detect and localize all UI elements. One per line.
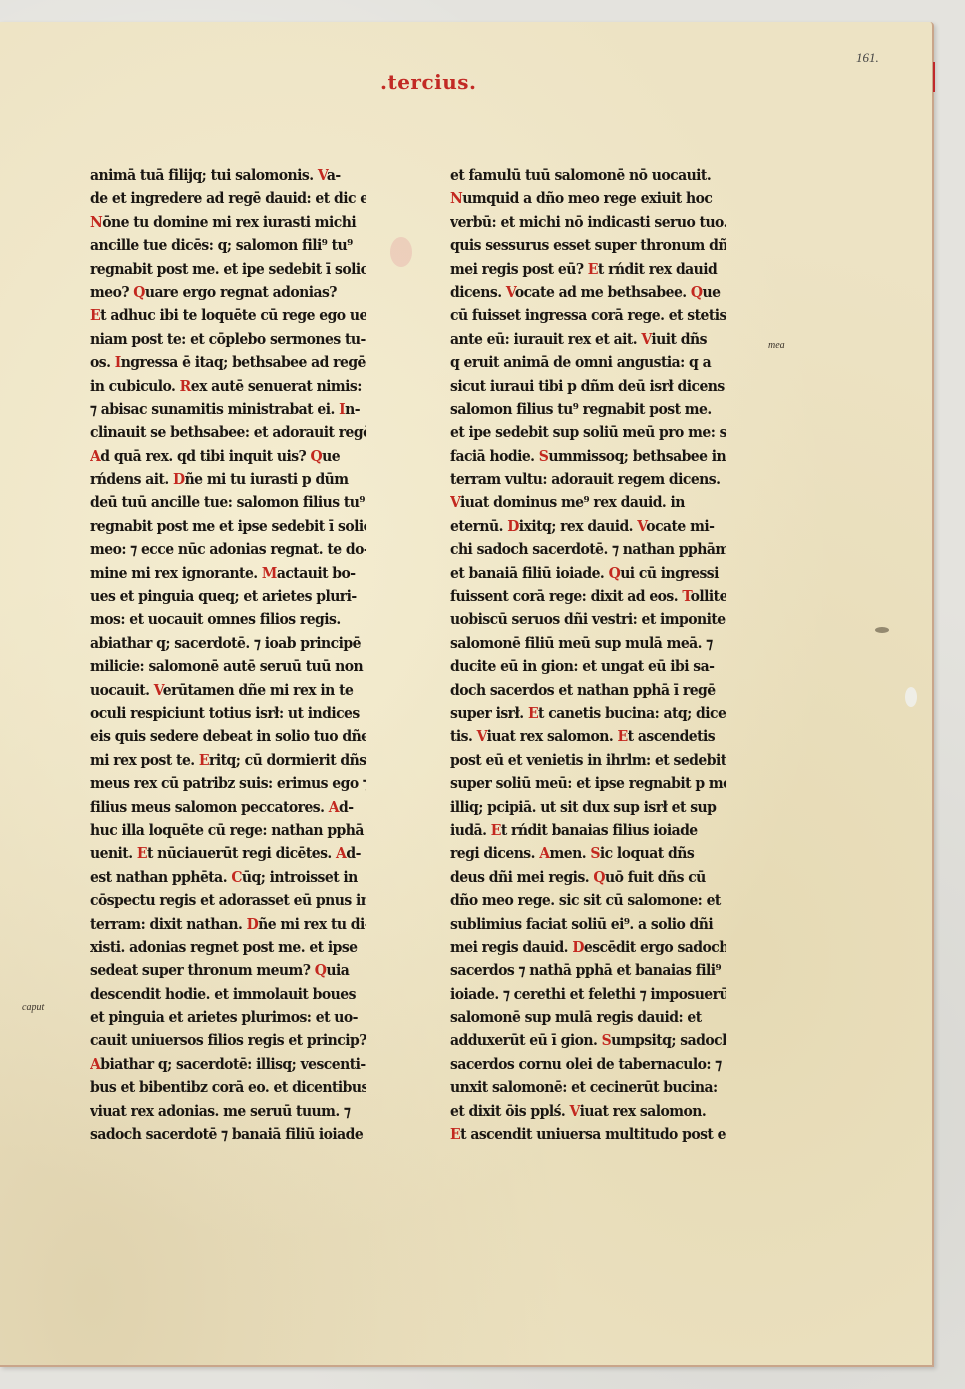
text-segment: t adhuc ibi te loquēte cū rege ego ue- (100, 306, 366, 324)
text-segment: xisti. adonias regnet post me. et ipse (90, 938, 358, 956)
text-segment: et famulū tuū salomonē nō uocauit. (450, 166, 711, 184)
text-line: animā tuā filijq; tui salomonis. Va- (90, 164, 366, 187)
running-head: .tercius. (380, 70, 477, 94)
text-line: salomonē sup mulā regis dauid: et (450, 1006, 726, 1029)
text-segment: mi rex post te. (90, 751, 199, 769)
text-segment: mine mi rex ignorante. (90, 564, 262, 582)
text-segment: uare ergo regnat adonias? (145, 283, 337, 301)
text-segment: milicie: salomonē autē seruū tuū non (90, 657, 363, 675)
text-segment: oculi respiciunt totius isrł: ut indices (90, 704, 360, 722)
text-line: xisti. adonias regnet post me. et ipse (90, 936, 366, 959)
rubricated-initial: M (262, 564, 277, 582)
text-segment: d quā rex. qd tibi inquit uis? (100, 447, 310, 465)
text-line: meus rex cū patribz suis: erimus ego ⁊ (90, 772, 366, 795)
text-line: mi rex post te. Eritq; cū dormierit dñs (90, 749, 366, 772)
text-segment: verbū: et michi nō indicasti seruo tuo. (450, 213, 726, 231)
text-segment: faciā hodie. (450, 447, 539, 465)
page-tear (905, 687, 917, 707)
text-line: milicie: salomonē autē seruū tuū non (90, 655, 366, 678)
text-segment: meo? (90, 283, 133, 301)
text-line: cū fuisset ingressa corā rege. et stetis… (450, 304, 726, 327)
text-line: terram vultu: adorauit regem dicens. (450, 468, 726, 491)
text-segment: meo: ⁊ ecce nūc adonias regnat. te do- (90, 540, 366, 558)
text-segment: t rńdit banaias filius ioiade (501, 821, 698, 839)
text-segment: dicens. (450, 283, 506, 301)
rubricated-initial: V (641, 330, 651, 348)
text-segment: men. (550, 844, 591, 862)
text-column-left: animā tuā filijq; tui salomonis. Va-de e… (90, 164, 390, 1146)
text-segment: ummissoq; bethsabee in (548, 447, 726, 465)
rubricated-initial: N (450, 189, 462, 207)
text-segment: niam post te: et cōplebo sermones tu- (90, 330, 366, 348)
text-line: et ipe sedebit sup soliū meū pro me: sic (450, 421, 726, 444)
text-segment: est nathan pphēta. (90, 868, 231, 886)
text-line: unxit salomonē: et cecinerūt bucina: (450, 1076, 726, 1099)
text-line: Et adhuc ibi te loquēte cū rege ego ue- (90, 304, 366, 327)
text-segment: d- (346, 844, 360, 862)
marginal-note-left: caput (22, 1002, 44, 1013)
text-segment: salomonē filiū meū sup mulā meā. ⁊ (450, 634, 713, 652)
rubric-stain (390, 237, 412, 267)
text-line: mos: et uocauit omnes filios regis. (90, 608, 366, 631)
text-line: sadoch sacerdotē ⁊ banaiā filiū ioiade (90, 1123, 366, 1146)
text-line: uobiscū seruos dñi vestri: et imponite (450, 608, 726, 631)
text-segment: sicut iuraui tibi p dñm deū isrł dicens (450, 377, 725, 395)
text-segment: chi sadoch sacerdotē. ⁊ nathan pphām: (450, 540, 726, 558)
text-segment: mei regis dauid. (450, 938, 572, 956)
text-line: niam post te: et cōplebo sermones tu- (90, 328, 366, 351)
text-segment: mos: et uocauit omnes filios regis. (90, 610, 341, 628)
text-segment: ancille tue dicēs: q; salomon fili⁹ tu⁹ (90, 236, 353, 254)
text-segment: regnabit post me. et ipe sedebit ī solio (90, 260, 366, 278)
text-segment: sublimius faciat soliū ei⁹. a solio dñi (450, 915, 713, 933)
rubricated-initial: T (682, 587, 690, 605)
rubricated-initial: Q (593, 868, 605, 886)
text-segment: terram vultu: adorauit regem dicens. (450, 470, 720, 488)
text-segment: umpsitq; sadoch (611, 1031, 726, 1049)
ink-blot (875, 627, 889, 633)
rubricated-initial: Q (315, 961, 327, 979)
rubricated-initial: D (173, 470, 185, 488)
text-line: et dixit ōis pplś. Viuat rex salomon. (450, 1100, 726, 1123)
text-segment: unxit salomonē: et cecinerūt bucina: (450, 1078, 718, 1096)
text-segment: t ascendit uniuersa multitudo post eū (460, 1125, 726, 1143)
text-segment: ic loquat dñs (600, 844, 694, 862)
text-line: meo: ⁊ ecce nūc adonias regnat. te do- (90, 538, 366, 561)
text-line: in cubiculo. Rex autē senuerat nimis: (90, 375, 366, 398)
text-segment: iuat rex salomon. (580, 1102, 707, 1120)
rubricated-initial: D (507, 517, 519, 535)
text-segment: ioiade. ⁊ cerethi et felethi ⁊ imposuerū… (450, 985, 726, 1003)
text-segment: umquid a dño meo rege exiuit hoc (462, 189, 712, 207)
text-line: cōspectu regis et adorasset eū pnus in (90, 889, 366, 912)
text-line: regnabit post me et ipse sedebit ī solio (90, 515, 366, 538)
text-line: post eū et venietis in ihrlm: et sedebit (450, 749, 726, 772)
rubricated-initial: R (180, 377, 191, 395)
rubricated-initial: V (570, 1102, 580, 1120)
text-line: et banaiā filiū ioiade. Qui cū ingressi (450, 562, 726, 585)
text-line: Ad quā rex. qd tibi inquit uis? Que (90, 445, 366, 468)
text-segment: et pinguia et arietes plurimos: et uo- (90, 1008, 358, 1026)
text-line: eternū. Dixitq; rex dauid. Vocate mi- (450, 515, 726, 538)
text-segment: os. (90, 353, 115, 371)
rubricated-initial: N (90, 213, 102, 231)
text-segment: illiq; pcipiā. ut sit dux sup isrł et su… (450, 798, 716, 816)
rubricated-initial: E (618, 727, 628, 745)
text-segment: n- (345, 400, 360, 418)
text-line: salomon filius tu⁹ regnabit post me. (450, 398, 726, 421)
text-line: bus et bibentibz corā eo. et dicentibus (90, 1076, 366, 1099)
text-line: Viuat dominus me⁹ rex dauid. in (450, 491, 726, 514)
text-line: Nōne tu domine mi rex iurasti michi (90, 211, 366, 234)
text-segment: eternū. (450, 517, 507, 535)
text-line: q eruit animā de omni angustia: q a (450, 351, 726, 374)
rubricated-initial: S (539, 447, 549, 465)
text-line: dño meo rege. sic sit cū salomone: et (450, 889, 726, 912)
text-line: sicut iuraui tibi p dñm deū isrł dicens (450, 375, 726, 398)
rubricated-initial: V (477, 727, 487, 745)
text-segment: cōspectu regis et adorasset eū pnus in (90, 891, 366, 909)
text-line: salomonē filiū meū sup mulā meā. ⁊ (450, 632, 726, 655)
text-segment: biathar q; sacerdotē: illisq; vescenti- (100, 1055, 365, 1073)
text-segment: actauit bo- (277, 564, 356, 582)
text-segment: ex autē senuerat nimis: (191, 377, 362, 395)
page-edge-red-mark (933, 62, 935, 92)
text-line: clinauit se bethsabee: et adorauit regē. (90, 421, 366, 444)
text-segment: ixitq; rex dauid. (519, 517, 637, 535)
text-line: faciā hodie. Summissoq; bethsabee in (450, 445, 726, 468)
text-segment: tis. (450, 727, 477, 745)
rubricated-initial: V (154, 681, 163, 699)
text-line: quis sessurus esset super thronum dñi (450, 234, 726, 257)
text-line: deus dñi mei regis. Quō fuit dñs cū (450, 866, 726, 889)
text-segment: mei regis post eū? (450, 260, 588, 278)
text-segment: sacerdos ⁊ nathā pphā et banaias fili⁹ (450, 961, 721, 979)
rubricated-initial: D (572, 938, 584, 956)
text-segment: super soliū meū: et ipse regnabit p me: (450, 774, 726, 792)
text-segment: eis quis sedere debeat in solio tuo dñe (90, 727, 366, 745)
text-segment: a- (327, 166, 341, 184)
text-segment: ñe mi rex tu di- (258, 915, 366, 933)
rubricated-initial: E (491, 821, 501, 839)
text-segment: uia (326, 961, 349, 979)
text-segment: ōne tu domine mi rex iurasti michi (102, 213, 356, 231)
text-line: iudā. Et rńdit banaias filius ioiade (450, 819, 726, 842)
rubricated-initial: E (90, 306, 100, 324)
text-segment: quis sessurus esset super thronum dñi (450, 236, 726, 254)
rubricated-initial: E (199, 751, 209, 769)
text-line: sedeat super thronum meum? Quia (90, 959, 366, 982)
text-line: sacerdos cornu olei de tabernaculo: ⁊ (450, 1053, 726, 1076)
text-segment: doch sacerdos et nathan pphā ī regē (450, 681, 716, 699)
text-segment: ocate ad me bethsabee. (515, 283, 691, 301)
text-line: sublimius faciat soliū ei⁹. a solio dñi (450, 913, 726, 936)
text-segment: super isrł. (450, 704, 528, 722)
rubricated-initial: A (329, 798, 339, 816)
text-segment: descendit hodie. et immolauit boues (90, 985, 356, 1003)
text-segment: escēdit ergo sadoch (584, 938, 726, 956)
text-line: meo? Quare ergo regnat adonias? (90, 281, 366, 304)
manuscript-page: .tercius. 161. mea caput animā tuā filij… (0, 22, 934, 1367)
text-segment: salomon filius tu⁹ regnabit post me. (450, 400, 712, 418)
text-line: et famulū tuū salomonē nō uocauit. (450, 164, 726, 187)
text-line: Abiathar q; sacerdotē: illisq; vescenti- (90, 1053, 366, 1076)
text-segment: fuissent corā rege: dixit ad eos. (450, 587, 682, 605)
text-segment: ui cū ingressi (620, 564, 719, 582)
text-line: tis. Viuat rex salomon. Et ascendetis (450, 725, 726, 748)
text-segment: deus dñi mei regis. (450, 868, 593, 886)
rubricated-initial: V (637, 517, 646, 535)
text-line: mei regis dauid. Descēdit ergo sadoch (450, 936, 726, 959)
text-segment: iuit dñs (651, 330, 706, 348)
text-line: illiq; pcipiā. ut sit dux sup isrł et su… (450, 796, 726, 819)
text-segment: iuat rex salomon. (487, 727, 618, 745)
marginal-note-right: mea (768, 340, 785, 351)
text-line: abiathar q; sacerdotē. ⁊ ioab principē (90, 632, 366, 655)
text-segment: in cubiculo. (90, 377, 180, 395)
text-segment: ue (703, 283, 721, 301)
text-segment: ollite (691, 587, 726, 605)
text-segment: et ipe sedebit sup soliū meū pro me: sic (450, 423, 726, 441)
text-line: de et ingredere ad regē dauid: et dic ei… (90, 187, 366, 210)
rubricated-initial: A (90, 1055, 100, 1073)
text-segment: regi dicens. (450, 844, 539, 862)
text-line: rńdens ait. Dñe mi tu iurasti p dūm (90, 468, 366, 491)
text-segment: ue (322, 447, 340, 465)
text-line: ioiade. ⁊ cerethi et felethi ⁊ imposuerū… (450, 983, 726, 1006)
rubricated-initial: D (247, 915, 259, 933)
text-line: dicens. Vocate ad me bethsabee. Que (450, 281, 726, 304)
rubricated-initial: Q (310, 447, 322, 465)
rubricated-initial: Q (609, 564, 621, 582)
text-segment: ues et pinguia queq; et arietes pluri- (90, 587, 357, 605)
text-segment: ante eū: iurauit rex et ait. (450, 330, 641, 348)
text-line: oculi respiciunt totius isrł: ut indices (90, 702, 366, 725)
text-line: os. Ingressa ē itaq; bethsabee ad regē (90, 351, 366, 374)
text-line: regnabit post me. et ipe sedebit ī solio (90, 258, 366, 281)
text-line: descendit hodie. et immolauit boues (90, 983, 366, 1006)
text-segment: bus et bibentibz corā eo. et dicentibus (90, 1078, 366, 1096)
text-segment: clinauit se bethsabee: et adorauit regē. (90, 423, 366, 441)
text-segment: uocauit. (90, 681, 154, 699)
text-segment: viuat rex adonias. me seruū tuum. ⁊ (90, 1102, 350, 1120)
text-segment: ⁊ abisac sunamitis ministrabat ei. (90, 400, 339, 418)
rubricated-initial: E (137, 844, 147, 862)
text-segment: ocate mi- (646, 517, 714, 535)
rubricated-initial: E (588, 260, 598, 278)
text-segment: rńdens ait. (90, 470, 173, 488)
text-column-right: et famulū tuū salomonē nō uocauit.Numqui… (450, 164, 750, 1146)
text-segment: filius meus salomon peccatores. (90, 798, 329, 816)
rubricated-initial: V (450, 493, 460, 511)
text-segment: t ascendetis (628, 727, 715, 745)
text-segment: d- (339, 798, 353, 816)
text-line: fuissent corā rege: dixit ad eos. Tollit… (450, 585, 726, 608)
text-line: chi sadoch sacerdotē. ⁊ nathan pphām: (450, 538, 726, 561)
text-segment: de et ingredere ad regē dauid: et dic ei… (90, 189, 366, 207)
text-line: super isrł. Et canetis bucina: atq; dice… (450, 702, 726, 725)
text-segment: ducite eū in gion: et ungat eū ibi sa- (450, 657, 714, 675)
text-segment: et banaiā filiū ioiade. (450, 564, 609, 582)
text-segment: ritq; cū dormierit dñs (209, 751, 366, 769)
text-line: ancille tue dicēs: q; salomon fili⁹ tu⁹ (90, 234, 366, 257)
text-segment: t canetis bucina: atq; dice- (538, 704, 726, 722)
rubricated-initial: S (590, 844, 600, 862)
text-segment: huc illa loquēte cū rege: nathan pphā (90, 821, 364, 839)
text-line: Numquid a dño meo rege exiuit hoc (450, 187, 726, 210)
text-line: huc illa loquēte cū rege: nathan pphā (90, 819, 366, 842)
text-segment: salomonē sup mulā regis dauid: et (450, 1008, 702, 1026)
text-segment: iudā. (450, 821, 491, 839)
text-segment: adduxerūt eū ī gion. (450, 1031, 602, 1049)
text-segment: cū fuisset ingressa corā rege. et stetis… (450, 306, 726, 324)
text-segment: cauit uniuersos filios regis et princip? (90, 1031, 366, 1049)
text-segment: abiathar q; sacerdotē. ⁊ ioab principē (90, 634, 361, 652)
text-segment: sedeat super thronum meum? (90, 961, 315, 979)
text-segment: t rńdit rex dauid (598, 260, 717, 278)
text-segment: erūtamen dñe mi rex in te (163, 681, 354, 699)
text-line: ducite eū in gion: et ungat eū ibi sa- (450, 655, 726, 678)
text-line: Et ascendit uniuersa multitudo post eū (450, 1123, 726, 1146)
text-segment: ngressa ē itaq; bethsabee ad regē (121, 353, 366, 371)
rubricated-initial: Q (133, 283, 145, 301)
rubricated-initial: A (90, 447, 100, 465)
text-line: verbū: et michi nō indicasti seruo tuo. (450, 211, 726, 234)
text-segment: iuat dominus me⁹ rex dauid. in (460, 493, 685, 511)
text-line: mei regis post eū? Et rńdit rex dauid (450, 258, 726, 281)
folio-number: 161. (856, 50, 879, 66)
text-segment: ūq; introisset in (242, 868, 358, 886)
text-segment: meus rex cū patribz suis: erimus ego ⁊ (90, 774, 366, 792)
text-segment: t nūciauerūt regi dicētes. (147, 844, 336, 862)
text-segment: ñe mi tu iurasti p dūm (185, 470, 349, 488)
text-line: sacerdos ⁊ nathā pphā et banaias fili⁹ (450, 959, 726, 982)
text-segment: regnabit post me et ipse sedebit ī solio (90, 517, 366, 535)
text-line: ante eū: iurauit rex et ait. Viuit dñs (450, 328, 726, 351)
text-line: terram: dixit nathan. Dñe mi rex tu di- (90, 913, 366, 936)
text-line: est nathan pphēta. Cūq; introisset in (90, 866, 366, 889)
text-line: et pinguia et arietes plurimos: et uo- (90, 1006, 366, 1029)
text-segment: uō fuit dñs cū (605, 868, 706, 886)
text-segment: uenit. (90, 844, 137, 862)
text-line: adduxerūt eū ī gion. Sumpsitq; sadoch (450, 1029, 726, 1052)
text-line: ues et pinguia queq; et arietes pluri- (90, 585, 366, 608)
text-segment: deū tuū ancille tue: salomon filius tu⁹ (90, 493, 365, 511)
text-line: viuat rex adonias. me seruū tuum. ⁊ (90, 1100, 366, 1123)
rubricated-initial: E (528, 704, 538, 722)
text-line: cauit uniuersos filios regis et princip? (90, 1029, 366, 1052)
text-segment: dño meo rege. sic sit cū salomone: et (450, 891, 721, 909)
text-line: regi dicens. Amen. Sic loquat dñs (450, 842, 726, 865)
text-segment: q eruit animā de omni angustia: q a (450, 353, 711, 371)
text-segment: et dixit ōis pplś. (450, 1102, 570, 1120)
rubricated-initial: E (450, 1125, 460, 1143)
rubricated-initial: A (336, 844, 346, 862)
text-segment: uobiscū seruos dñi vestri: et imponite (450, 610, 726, 628)
text-segment: terram: dixit nathan. (90, 915, 247, 933)
text-segment: post eū et venietis in ihrlm: et sedebit (450, 751, 726, 769)
text-line: eis quis sedere debeat in solio tuo dñe (90, 725, 366, 748)
text-line: ⁊ abisac sunamitis ministrabat ei. In- (90, 398, 366, 421)
text-line: filius meus salomon peccatores. Ad- (90, 796, 366, 819)
text-segment: animā tuā filijq; tui salomonis. (90, 166, 318, 184)
text-segment: sacerdos cornu olei de tabernaculo: ⁊ (450, 1055, 722, 1073)
rubricated-initial: A (539, 844, 549, 862)
text-line: uenit. Et nūciauerūt regi dicētes. Ad- (90, 842, 366, 865)
rubricated-initial: Q (691, 283, 703, 301)
text-line: super soliū meū: et ipse regnabit p me: (450, 772, 726, 795)
rubricated-initial: C (231, 868, 242, 886)
text-segment: sadoch sacerdotē ⁊ banaiā filiū ioiade (90, 1125, 363, 1143)
text-line: doch sacerdos et nathan pphā ī regē (450, 679, 726, 702)
rubricated-initial: S (602, 1031, 612, 1049)
text-line: uocauit. Verūtamen dñe mi rex in te (90, 679, 366, 702)
text-line: mine mi rex ignorante. Mactauit bo- (90, 562, 366, 585)
text-line: deū tuū ancille tue: salomon filius tu⁹ (90, 491, 366, 514)
